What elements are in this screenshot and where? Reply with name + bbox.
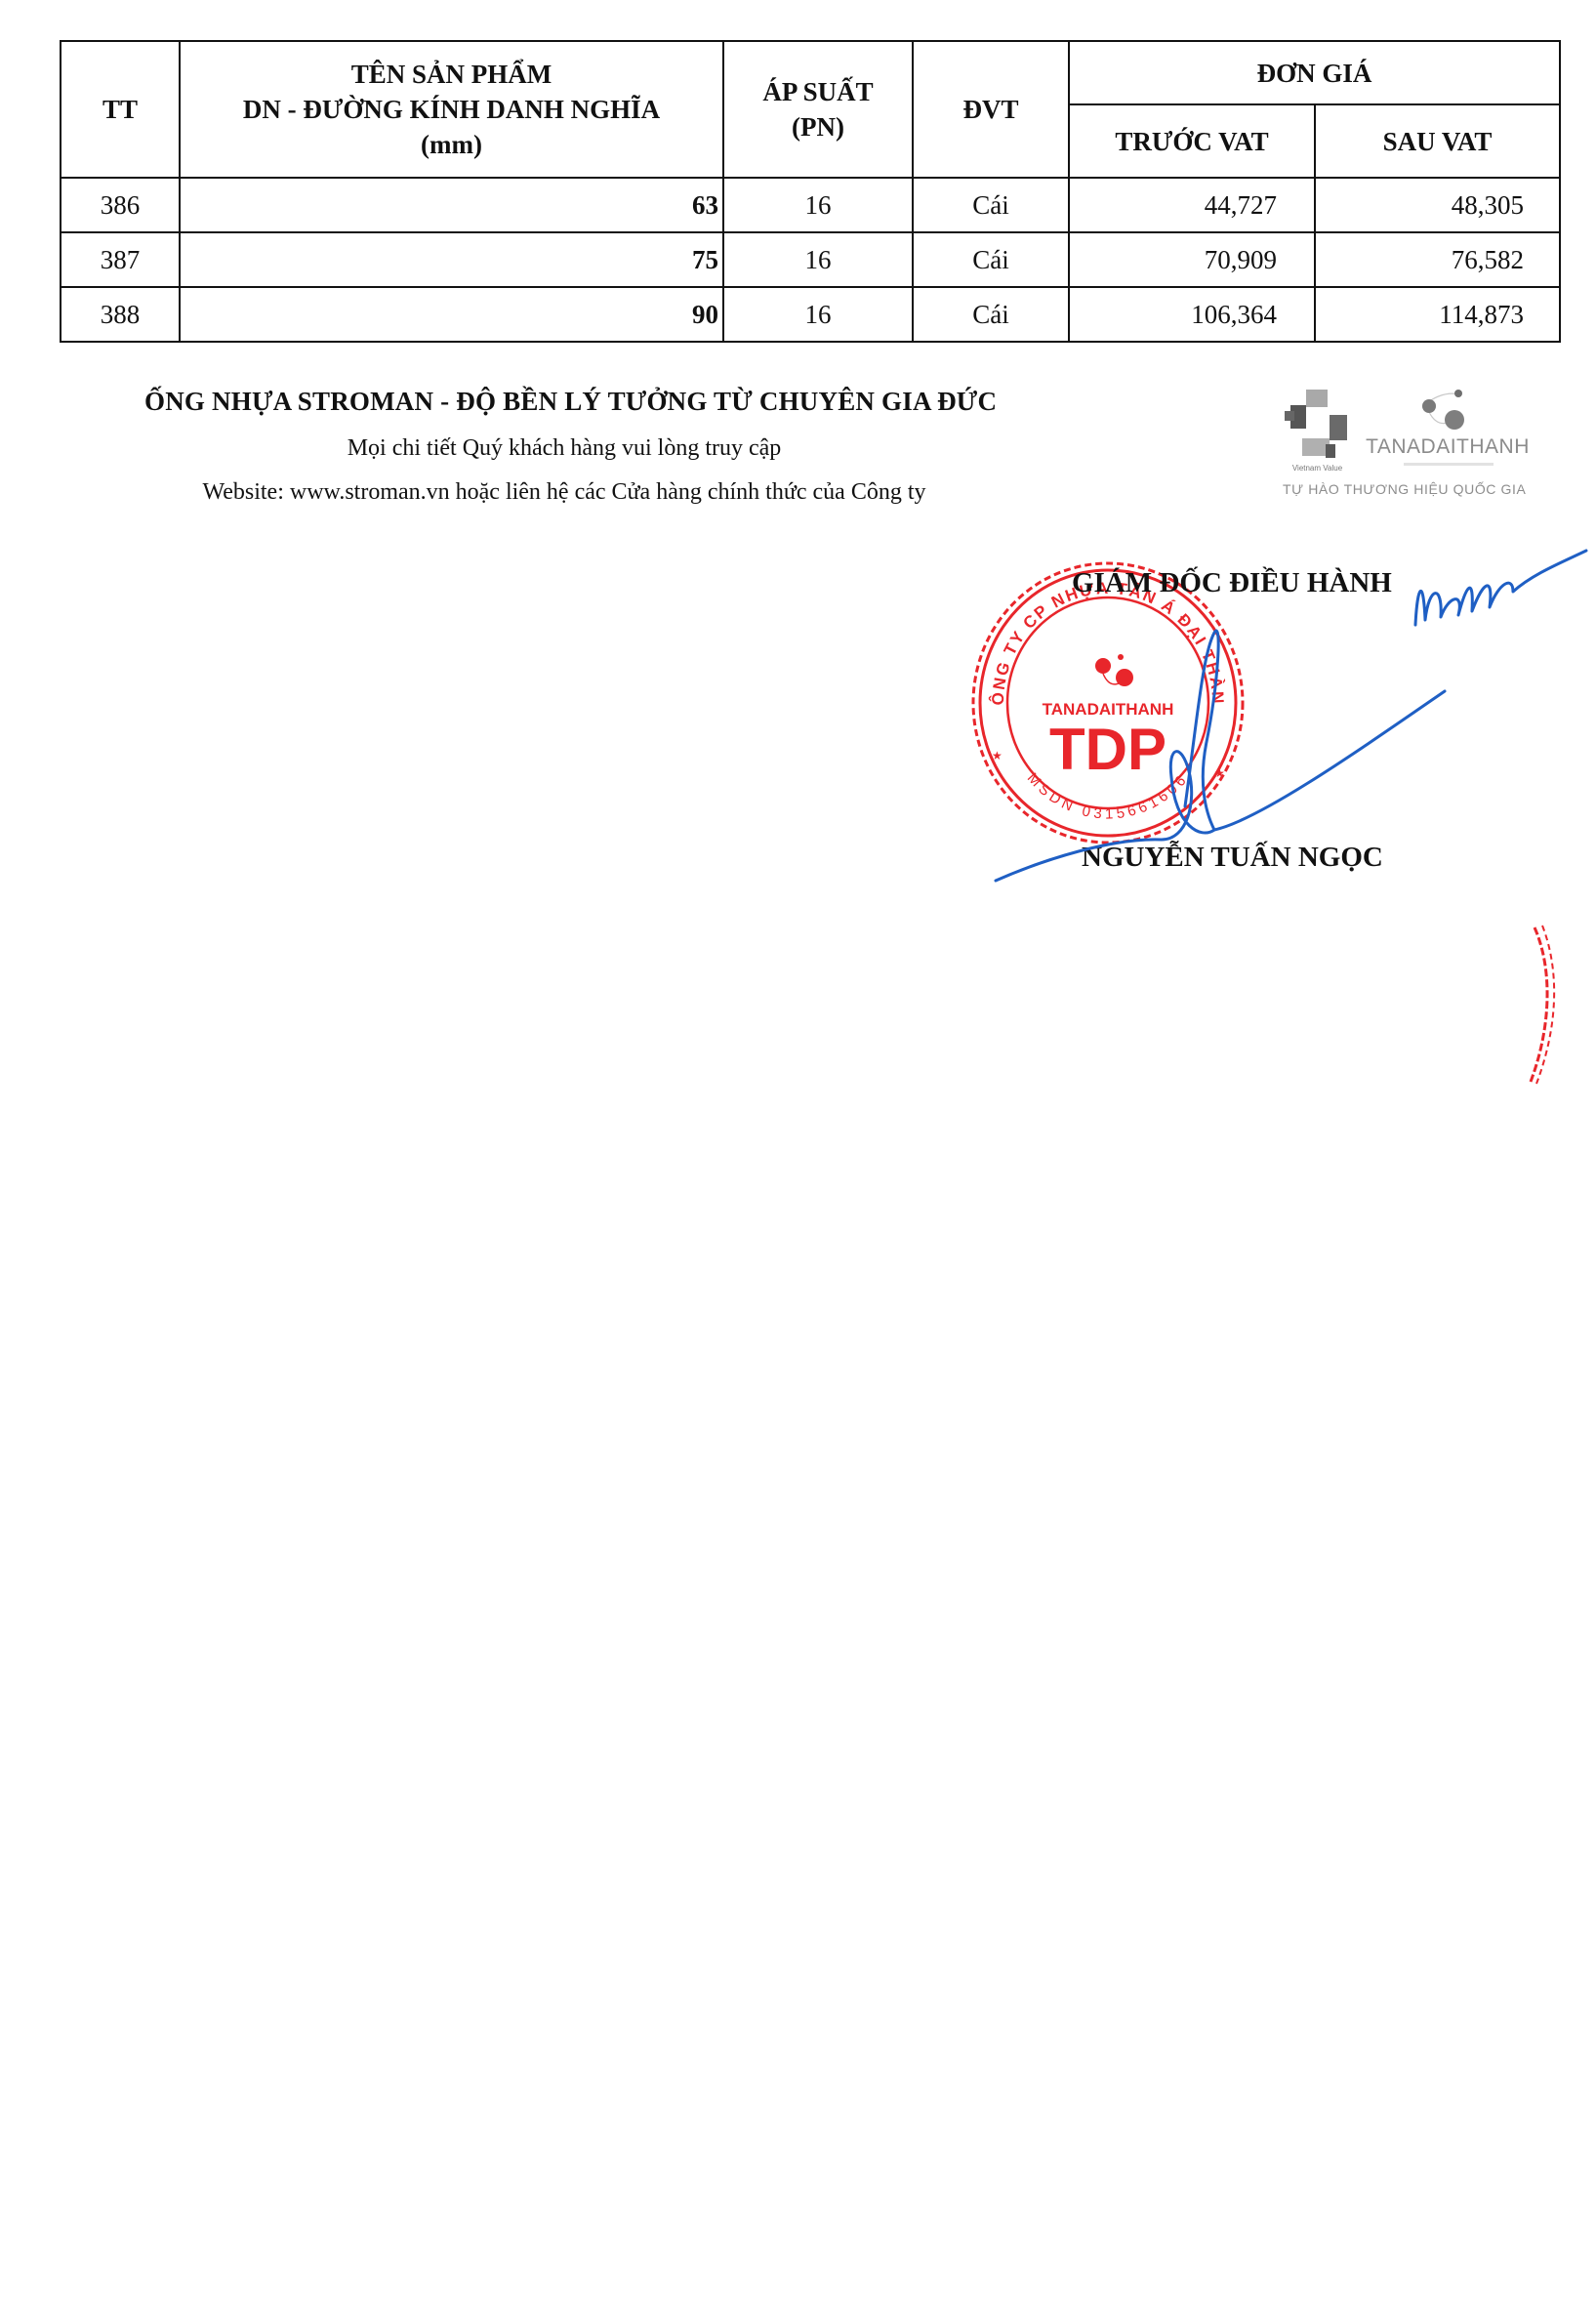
table-row: 388 90 16 Cái 106,364 114,873 xyxy=(61,287,1560,342)
price-table: TT TÊN SẢN PHẨM DN - ĐƯỜNG KÍNH DANH NGH… xyxy=(60,40,1561,343)
cell-dn: 90 xyxy=(180,287,723,342)
company-stamp: CÔNG TY CP NHỰA TÂN Á ĐẠI THÀNH MSDN 031… xyxy=(966,556,1249,849)
cell-unit: Cái xyxy=(913,178,1069,232)
header-pressure: ÁP SUẤT (PN) xyxy=(723,41,913,178)
vietnam-value-caption: Vietnam Value xyxy=(1281,464,1354,473)
cell-after-vat: 114,873 xyxy=(1315,287,1560,342)
cell-after-vat: 48,305 xyxy=(1315,178,1560,232)
cell-before-vat: 106,364 xyxy=(1069,287,1315,342)
cell-pn: 16 xyxy=(723,232,913,287)
header-pressure-line1: ÁP SUẤT xyxy=(724,74,912,109)
header-product: TÊN SẢN PHẨM DN - ĐƯỜNG KÍNH DANH NGHĨA … xyxy=(180,41,723,178)
header-product-line2: DN - ĐƯỜNG KÍNH DANH NGHĨA xyxy=(181,92,722,127)
cell-before-vat: 70,909 xyxy=(1069,232,1315,287)
header-price-before-vat: TRƯỚC VAT xyxy=(1069,104,1315,178)
footer-website: Website: www.stroman.vn hoặc liên hệ các… xyxy=(144,479,984,506)
cell-tt: 386 xyxy=(61,178,180,232)
stamp-mark: TDP xyxy=(1049,717,1166,782)
cell-dn: 63 xyxy=(180,178,723,232)
cell-tt: 387 xyxy=(61,232,180,287)
vietnam-value-logo: Vietnam Value xyxy=(1281,386,1354,475)
table-row: 387 75 16 Cái 70,909 76,582 xyxy=(61,232,1560,287)
header-pressure-line2: (PN) xyxy=(724,109,912,144)
cell-pn: 16 xyxy=(723,287,913,342)
molecule-icon xyxy=(1365,389,1531,435)
cell-tt: 388 xyxy=(61,287,180,342)
pride-text: TỰ HÀO THƯƠNG HIỆU QUỐC GIA xyxy=(1283,481,1527,497)
cell-pn: 16 xyxy=(723,178,913,232)
signatory-name: NGUYỄN TUẤN NGỌC xyxy=(1082,842,1383,874)
svg-text:★: ★ xyxy=(992,749,1003,762)
cell-unit: Cái xyxy=(913,287,1069,342)
footer-slogan: ỐNG NHỰA STROMAN - ĐỘ BỀN LÝ TƯỞNG TỪ CH… xyxy=(144,387,984,417)
svg-text:★: ★ xyxy=(1214,766,1225,780)
tanadaithanh-logo: TANADAITHANH xyxy=(1365,389,1531,472)
cell-dn: 75 xyxy=(180,232,723,287)
cell-after-vat: 76,582 xyxy=(1315,232,1560,287)
header-product-line1: TÊN SẢN PHẨM xyxy=(181,57,722,92)
header-price-group: ĐƠN GIÁ xyxy=(1069,41,1560,104)
table-row: 386 63 16 Cái 44,727 48,305 xyxy=(61,178,1560,232)
cell-before-vat: 44,727 xyxy=(1069,178,1315,232)
vietnam-value-icon xyxy=(1281,386,1354,464)
stamp-molecule-icon xyxy=(1095,654,1133,686)
header-tt: TT xyxy=(61,41,180,178)
tanadaithanh-brand: TANADAITHANH xyxy=(1365,435,1531,459)
header-product-line3: (mm) xyxy=(181,127,722,162)
header-unit: ĐVT xyxy=(913,41,1069,178)
tanadaithanh-tagline xyxy=(1404,463,1494,466)
cell-unit: Cái xyxy=(913,232,1069,287)
signature-title: GIÁM ĐỐC ĐIỀU HÀNH xyxy=(1072,567,1392,599)
header-price-after-vat: SAU VAT xyxy=(1315,104,1560,178)
footer-info: Mọi chi tiết Quý khách hàng vui lòng tru… xyxy=(144,435,984,462)
stamp-edge-mark xyxy=(1523,918,1572,1089)
